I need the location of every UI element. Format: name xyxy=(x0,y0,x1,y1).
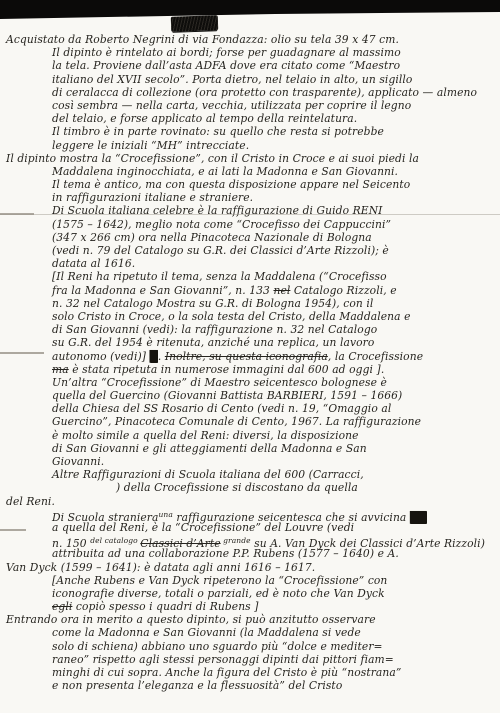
handwritten-line: di San Giovanni (vedi): la raffigurazion… xyxy=(0,323,500,336)
handwritten-text: nel xyxy=(273,284,290,297)
handwritten-text: raneo” rispetto agli stessi personaggi d… xyxy=(52,653,394,666)
handwritten-text: e non presenta l’eleganza e la flessuosi… xyxy=(52,679,342,692)
handwritten-text: a quella del Reni, è la “Crocefissione” … xyxy=(52,521,354,534)
handwritten-line: ma è stata ripetuta in numerose immagini… xyxy=(0,363,500,376)
handwritten-line: e non presenta l’eleganza e la flessuosi… xyxy=(0,679,500,692)
handwritten-line: Il tema è antico, ma con questa disposiz… xyxy=(0,178,500,191)
handwritten-text: di ceralacca di collezione (ora protetto… xyxy=(52,86,477,99)
handwritten-line: (vedi n. 79 del Catalogo su G.R. dei Cla… xyxy=(0,244,500,257)
handwritten-text: su G.R. del 1954 è ritenuta, anziché una… xyxy=(52,336,374,349)
handwritten-line: datata al 1616. xyxy=(0,257,500,270)
handwritten-line: di San Giovanni e gli atteggiamenti dell… xyxy=(0,442,500,455)
handwritten-text: datata al 1616. xyxy=(52,257,135,270)
handwritten-text: Il dipinto è rintelato ai bordi; forse p… xyxy=(52,46,401,59)
handwritten-text: ma xyxy=(52,363,69,376)
handwritten-text: di San Giovanni (vedi): la raffigurazion… xyxy=(52,323,377,336)
handwritten-text: ) della Crocefissione si discostano da q… xyxy=(116,481,358,494)
handwritten-line: Altre Raffigurazioni di Scuola italiana … xyxy=(0,468,500,481)
handwritten-line: fra la Madonna e San Giovanni”, n. 133 n… xyxy=(0,284,500,297)
handwritten-line: Di Scuola italiana celebre è la raffigur… xyxy=(0,204,500,217)
ink-scribble: █ xyxy=(150,350,158,363)
handwritten-line: è molto simile a quella del Reni: divers… xyxy=(0,429,500,442)
handwritten-text: (1575 – 1642), meglio nota come “Crocefi… xyxy=(52,218,391,231)
handwritten-text: Entrando ora in merito a questo dipinto,… xyxy=(6,613,376,626)
handwritten-line: leggere le iniziali “MH” intrecciate. xyxy=(0,139,500,152)
handwritten-line: egli copiò spesso i quadri di Rubens ] xyxy=(0,600,500,613)
handwritten-line: Guercino”, Pinacoteca Comunale di Cento,… xyxy=(0,415,500,428)
handwritten-text: Altre Raffigurazioni di Scuola italiana … xyxy=(52,468,364,481)
handwritten-line: quella del Guercino (Giovanni Battista B… xyxy=(0,389,500,402)
handwritten-text: Il timbro è in parte rovinato: su quello… xyxy=(52,125,384,138)
handwritten-line: Van Dyck (1599 – 1641): è datata agli an… xyxy=(0,561,500,574)
handwritten-text: attribuita ad una collaborazione P.P. Ru… xyxy=(52,547,399,560)
handwritten-text: del catalogo xyxy=(90,536,140,545)
handwritten-text: [Anche Rubens e Van Dyck ripeterono la “… xyxy=(52,574,387,587)
handwritten-text: grande xyxy=(221,536,251,545)
handwritten-line: così sembra — nella carta, vecchia, util… xyxy=(0,99,500,112)
handwritten-text: Inoltre, su questa iconografia xyxy=(165,350,328,363)
handwritten-line: (1575 – 1642), meglio nota come “Crocefi… xyxy=(0,218,500,231)
handwritten-text: è molto simile a quella del Reni: divers… xyxy=(52,429,359,442)
handwritten-text: Catalogo Rizzoli, e xyxy=(290,284,396,297)
handwritten-text: egli xyxy=(52,600,72,613)
scan-edge-artifact xyxy=(0,0,500,20)
handwritten-text: in raffigurazioni italiane e straniere. xyxy=(52,191,253,204)
ink-scribble-redaction xyxy=(171,15,218,32)
handwritten-line: su G.R. del 1954 è ritenuta, anziché una… xyxy=(0,336,500,349)
handwritten-line: raneo” rispetto agli stessi personaggi d… xyxy=(0,653,500,666)
handwritten-text: del telaio, e forse applicato al tempo d… xyxy=(52,112,357,125)
handwritten-line: Giovanni. xyxy=(0,455,500,468)
handwritten-line: Maddalena inginocchiata, e ai lati la Ma… xyxy=(0,165,500,178)
handwritten-text: di San Giovanni e gli atteggiamenti dell… xyxy=(52,442,367,455)
handwritten-text: Un’altra “Crocefissione” di Maestro seic… xyxy=(52,376,387,389)
handwritten-line: Il timbro è in parte rovinato: su quello… xyxy=(0,125,500,138)
handwritten-text: iconografie diverse, totali o parziali, … xyxy=(52,587,385,600)
ink-scribble: ██ xyxy=(410,511,427,524)
handwritten-text: copiò spesso i quadri di Rubens ] xyxy=(72,600,258,613)
handwritten-line: minghi di cui sopra. Anche la figura del… xyxy=(0,666,500,679)
handwritten-text: Giovanni. xyxy=(52,455,104,468)
handwritten-line: del telaio, e forse applicato al tempo d… xyxy=(0,112,500,125)
fold-dash-artifact xyxy=(0,529,26,531)
handwritten-text: minghi di cui sopra. Anche la figura del… xyxy=(52,666,401,679)
handwritten-line: Acquistato da Roberto Negrini di via Fon… xyxy=(0,33,500,46)
handwritten-line: Il dipinto mostra la “Crocefissione”, co… xyxy=(0,152,500,165)
fold-dash-artifact xyxy=(0,352,44,354)
handwritten-line: [Il Reni ha ripetuto il tema, senza la M… xyxy=(0,270,500,283)
handwritten-line: solo di schiena) abbiano uno sguardo più… xyxy=(0,640,500,653)
handwritten-line: ) della Crocefissione si discostano da q… xyxy=(0,481,500,494)
handwritten-text: così sembra — nella carta, vecchia, util… xyxy=(52,99,411,112)
handwritten-line: iconografie diverse, totali o parziali, … xyxy=(0,587,500,600)
handwritten-text: della Chiesa del SS Rosario di Cento (ve… xyxy=(52,402,391,415)
handwritten-text: la tela. Proviene dall’asta ADFA dove er… xyxy=(52,59,400,72)
handwritten-text: autonomo (vedi)] xyxy=(52,350,150,363)
handwritten-text: solo Cristo in Croce, o la sola testa de… xyxy=(52,310,411,323)
handwritten-text: come la Madonna e San Giovanni (la Madda… xyxy=(52,626,361,639)
handwritten-text: . xyxy=(158,350,165,363)
handwritten-line: n. 32 nel Catalogo Mostra su G.R. di Bol… xyxy=(0,297,500,310)
handwritten-line: la tela. Proviene dall’asta ADFA dove er… xyxy=(0,59,500,72)
handwritten-line: di ceralacca di collezione (ora protetto… xyxy=(0,86,500,99)
fold-line-artifact xyxy=(0,214,500,215)
handwritten-manuscript-text: Acquistato da Roberto Negrini di via Fon… xyxy=(0,33,500,692)
handwritten-line: del Reni. xyxy=(0,495,500,508)
handwritten-line: (347 x 266 cm) ora nella Pinacoteca Nazi… xyxy=(0,231,500,244)
handwritten-text: (vedi n. 79 del Catalogo su G.R. dei Cla… xyxy=(52,244,389,257)
handwritten-text: del Reni. xyxy=(6,495,55,508)
handwritten-text: Il tema è antico, ma con questa disposiz… xyxy=(52,178,410,191)
handwritten-line: n. 150 del catalogo Classici d’Arte gran… xyxy=(0,534,500,547)
handwritten-text: fra la Madonna e San Giovanni”, n. 133 xyxy=(52,284,273,297)
handwritten-line: come la Madonna e San Giovanni (la Madda… xyxy=(0,626,500,639)
fold-dash-artifact xyxy=(0,213,34,215)
handwritten-text: (347 x 266 cm) ora nella Pinacoteca Nazi… xyxy=(52,231,372,244)
handwritten-text: quella del Guercino (Giovanni Battista B… xyxy=(52,389,402,402)
handwritten-line: autonomo (vedi)] █. Inoltre, su questa i… xyxy=(0,350,500,363)
handwritten-text: Guercino”, Pinacoteca Comunale di Cento,… xyxy=(52,415,421,428)
handwritten-text: italiano del XVII secolo”. Porta dietro,… xyxy=(52,73,412,86)
handwritten-text: Acquistato da Roberto Negrini di via Fon… xyxy=(6,33,399,46)
handwritten-text: Il dipinto mostra la “Crocefissione”, co… xyxy=(6,152,419,165)
handwritten-line: italiano del XVII secolo”. Porta dietro,… xyxy=(0,73,500,86)
handwritten-text: n. 32 nel Catalogo Mostra su G.R. di Bol… xyxy=(52,297,373,310)
handwritten-text: Maddalena inginocchiata, e ai lati la Ma… xyxy=(52,165,398,178)
handwritten-line: Di Scuola stranierauna raffigurazione se… xyxy=(0,508,500,521)
handwritten-text: è stata ripetuta in numerose immagini da… xyxy=(69,363,385,376)
handwritten-line: in raffigurazioni italiane e straniere. xyxy=(0,191,500,204)
handwritten-line: [Anche Rubens e Van Dyck ripeterono la “… xyxy=(0,574,500,587)
handwritten-line: Un’altra “Crocefissione” di Maestro seic… xyxy=(0,376,500,389)
handwritten-text: , la Crocefissione xyxy=(328,350,423,363)
handwritten-text: una xyxy=(158,510,172,519)
handwritten-line: Entrando ora in merito a questo dipinto,… xyxy=(0,613,500,626)
handwritten-text: Van Dyck (1599 – 1641): è datata agli an… xyxy=(6,561,315,574)
handwritten-text: [Il Reni ha ripetuto il tema, senza la M… xyxy=(52,270,387,283)
handwritten-text: leggere le iniziali “MH” intrecciate. xyxy=(52,139,249,152)
handwritten-text: Di Scuola italiana celebre è la raffigur… xyxy=(52,204,382,217)
handwritten-line: solo Cristo in Croce, o la sola testa de… xyxy=(0,310,500,323)
handwritten-text: solo di schiena) abbiano uno sguardo più… xyxy=(52,640,383,653)
handwritten-line: della Chiesa del SS Rosario di Cento (ve… xyxy=(0,402,500,415)
handwritten-line: Il dipinto è rintelato ai bordi; forse p… xyxy=(0,46,500,59)
